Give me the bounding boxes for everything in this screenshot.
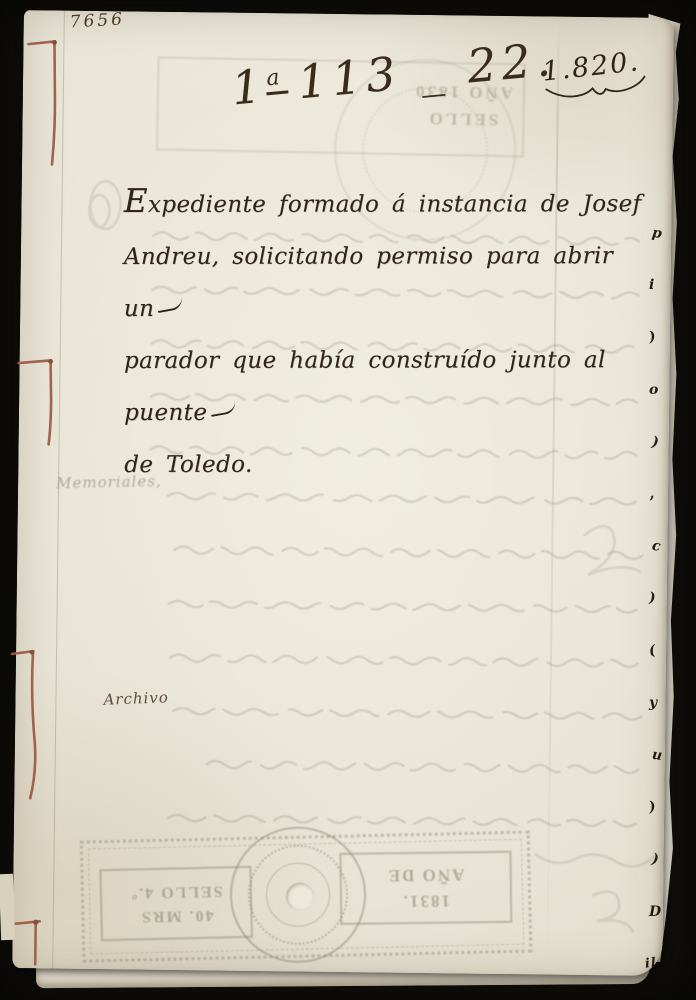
faded-stamp-year-text: 1831. AÑO DE [387,862,465,914]
faded-stamp-year-line2: AÑO DE [387,862,465,888]
edge-ink-mark: ( [648,643,657,658]
title-line: Andreu, solicitando permiso para abrir u… [124,230,652,335]
year-annotation: 1.820. [541,45,650,105]
title-line: de Toledo. [124,438,652,491]
edge-ink-mark: i [649,278,654,292]
left-edge-sliver: 1837 [0,874,15,940]
faded-stamp-year-line1: 1831. [387,887,465,913]
edge-ink-mark: p [651,226,663,241]
photo-background: SELLO AÑO 1830 40. MRS SELLO 4.º 1831. A… [0,0,696,1000]
faded-stamp-year-box: 1831. AÑO DE [339,851,512,925]
edge-ink-mark: ) [649,591,656,605]
margin-note-memorial: Memoriales, [56,472,162,492]
edge-ink-mark: ) [651,435,660,450]
title-line: parador que había construído junto al pu… [124,334,652,439]
edge-ink-mark: ) [648,330,657,345]
faded-stamp-sello-line2: SELLO 4.º [129,878,222,904]
edge-ink-mark: D [649,905,661,919]
margin-note-archivo: Archivo [103,688,169,709]
faded-stamp-sello-text: 40. MRS SELLO 4.º [129,878,223,928]
paper-crease-vertical [546,17,560,975]
document-title: Expediente formado á instancia de Josef … [124,174,653,491]
edge-ink-mark: u [651,748,663,763]
edge-ink-mark: y [649,696,657,710]
edge-ink-mark: , [648,487,655,502]
edge-ink-mark: ) [651,852,660,867]
edge-ink-mark: o [649,383,658,397]
edge-ink-mark: c [651,539,661,554]
classification-superscript: a [264,64,289,95]
faded-stamp-bottom-band: 40. MRS SELLO 4.º 1831. AÑO DE [80,830,533,962]
classification-base: 1 [229,59,268,116]
seal-wafer [286,882,315,911]
page-edge-marks: pi)o),c)(yu))Dil [649,226,671,970]
document-page: SELLO AÑO 1830 40. MRS SELLO 4.º 1831. A… [12,10,674,976]
title-line: Expediente formado á instancia de Josef [124,174,652,231]
folio-number: 7656 [69,9,125,32]
edge-ink-mark: ) [648,800,657,815]
faded-stamp-sello-line1: 40. MRS [130,902,223,928]
edge-ink-mark: il [644,956,657,970]
